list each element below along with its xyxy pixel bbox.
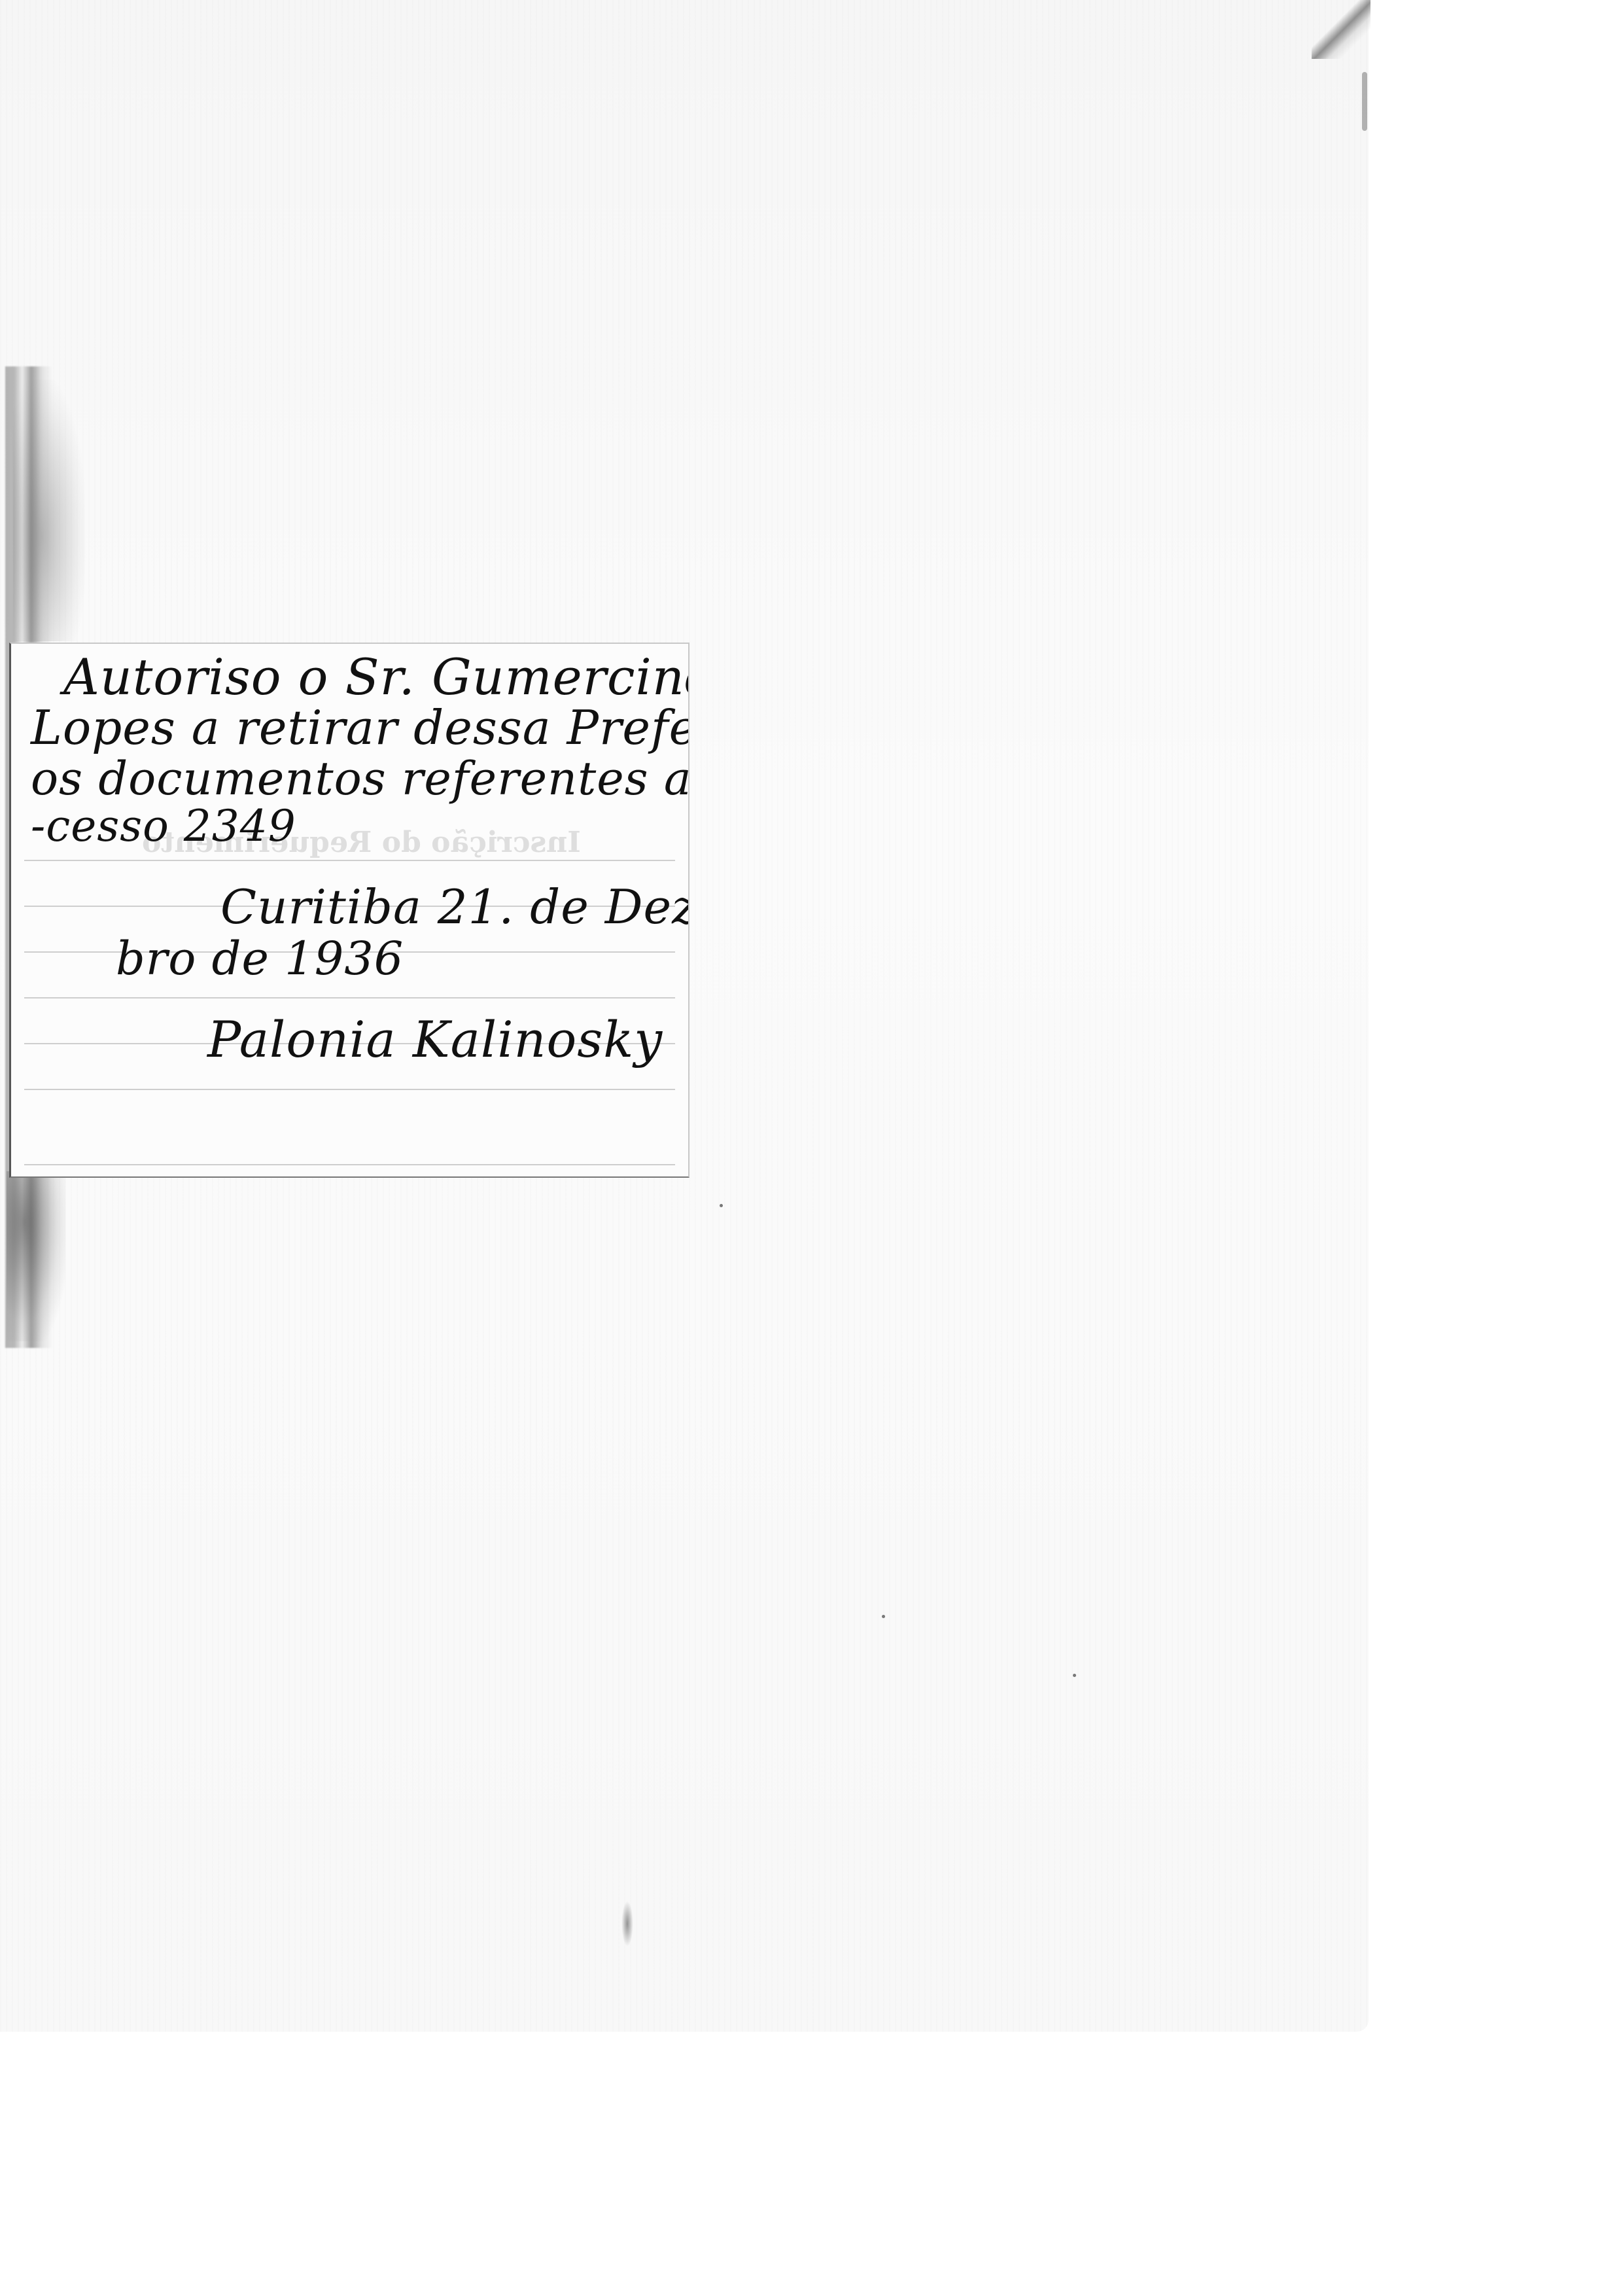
binding-stain xyxy=(7,1171,65,1341)
ruled-line xyxy=(24,860,675,861)
page-edge-mark xyxy=(1362,72,1367,131)
ruled-line xyxy=(24,1089,675,1090)
ruled-line xyxy=(24,997,675,998)
note-line-4: -cesso 2349 xyxy=(31,801,296,851)
place-date-line-1: Curitiba 21. de Dezem- xyxy=(220,879,689,934)
page-corner-fold xyxy=(1312,0,1370,59)
handwritten-note-card: Inscrição do Requerimento Autoriso o Sr.… xyxy=(9,643,689,1178)
speck xyxy=(882,1615,885,1618)
speck xyxy=(1073,1674,1076,1677)
speck xyxy=(720,1204,723,1207)
ruled-line xyxy=(24,1164,675,1165)
note-line-2: Lopes a retirar dessa Prefectura xyxy=(31,700,689,755)
signature: Palonia Kalinosky xyxy=(207,1010,663,1069)
paper-smudge xyxy=(621,1901,633,1947)
note-line-3: os documentos referentes a o pro- xyxy=(31,752,689,805)
note-line-1: Autoriso o Sr. Gumercindo xyxy=(63,648,689,706)
place-date-line-2: bro de 1936 xyxy=(116,932,404,985)
